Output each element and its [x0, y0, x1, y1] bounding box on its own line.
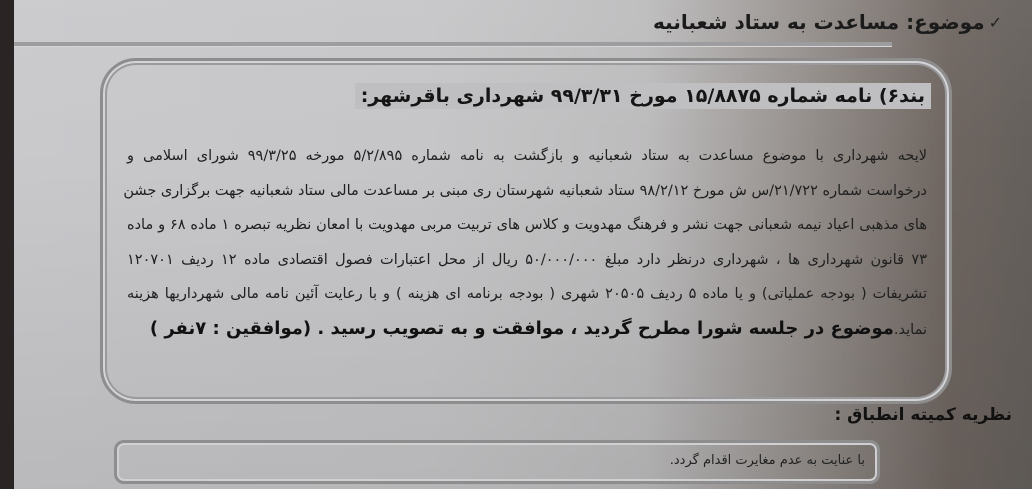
clause-title: بند۶) نامه شماره ۱۵/۸۸۷۵ مورخ ۹۹/۳/۳۱ شه… [355, 83, 931, 109]
body-line: تشریفات ( بودجه عملیاتی) و یا ماده ۵ ردی… [127, 277, 927, 312]
committee-text: با عنایت به عدم مغایرت اقدام گردد. [670, 453, 865, 468]
body-line: درخواست شماره ۲۱/۷۲۲/س ش مورخ ۹۸/۲/۱۲ ست… [127, 174, 927, 209]
committee-label: نظریه کمیته انطباق : [834, 405, 1012, 425]
body-line: لایحه شهرداری با موضوع مساعدت به ستاد شع… [127, 139, 927, 174]
body-line: های مذهبی اعیاد نیمه شعبانی جهت نشر و فر… [127, 208, 927, 243]
clause-body: لایحه شهرداری با موضوع مساعدت به ستاد شع… [127, 139, 927, 347]
last-line-prefix: نماید. [894, 322, 927, 338]
resolution-text: موضوع در جلسه شورا مطرح گردید ، موافقت و… [150, 318, 894, 339]
checkmark-icon: ✓ [989, 13, 1002, 32]
subject-heading: ✓ موضوع: مساعدت به ستاد شعبانیه [653, 10, 1002, 34]
divider [14, 42, 892, 47]
subject-text: موضوع: مساعدت به ستاد شعبانیه [653, 10, 985, 34]
resolution-line: نماید.موضوع در جلسه شورا مطرح گردید ، مو… [127, 312, 927, 348]
clause-box: بند۶) نامه شماره ۱۵/۸۸۷۵ مورخ ۹۹/۳/۳۱ شه… [100, 58, 952, 404]
document-page: ✓ موضوع: مساعدت به ستاد شعبانیه بند۶) نا… [14, 0, 1032, 489]
committee-box: با عنایت به عدم مغایرت اقدام گردد. [114, 440, 880, 484]
body-line: ۷۳ قانون شهرداری ها ، شهرداری درنظر دارد… [127, 243, 927, 278]
